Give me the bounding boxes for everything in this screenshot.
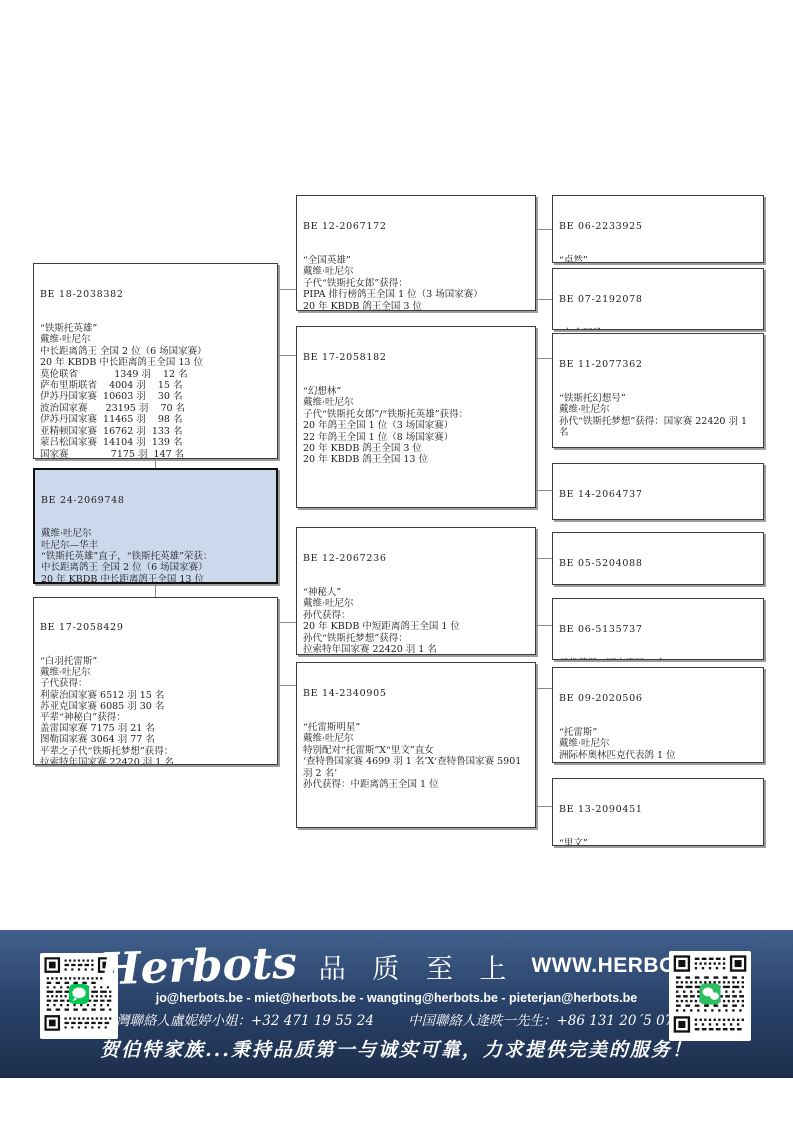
box-lines: 戴维·吐尼尔吐尼尔—华丰“铁斯托英雄”直子，“铁斯托英雄”荣获：中长距离鸽王 全… [41,528,270,584]
connector-line [536,625,552,626]
box-lines: “里文”戴维·吐尼尔查特鲁国家赛 5901 羽 2 名 [559,838,757,846]
box-line: 20 年 KBDB 鸽王全国 13 位 [303,454,529,465]
box-be12-2067236-grandsire: BE 12-2067236 “神秘人”戴维·吐尼尔孙代获得：20 年 KBDB … [296,527,536,655]
contact-taiwan: 台灣聯絡人盧妮婷小姐：+32 471 19 55 24 [103,1009,374,1029]
box-line: 萨布里斯联省 4004 羽 15 名 [40,380,271,391]
ring-number: BE 14-2064737 [559,489,757,500]
box-line: 子代“铁斯托女郎”获得： [303,278,529,289]
connector-line [536,358,552,359]
connector-line [155,459,156,468]
box-be06-5135737: BE 06-5135737 子代获得：国家赛区 2 名 [552,598,764,660]
box-lines: “卓然”戴维·吐尼尔子代“米拉”获得：国家赛 3936 羽 1 名 [559,255,757,263]
box-line: 伊苏丹国家赛 10603 羽 30 名 [40,391,271,402]
ring-number: BE 11-2077362 [559,359,757,370]
box-line: 戴维·吐尼尔 [303,598,529,609]
box-be06-2233925: BE 06-2233925 “卓然”戴维·吐尼尔子代“米拉”获得：国家赛 393… [552,195,764,263]
ring-number: BE 09-2020506 [559,693,757,704]
box-line: 莫伦联省 1349 羽 12 名 [40,369,271,380]
box-line: “托雷斯明星” [303,722,529,733]
box-line: 孙代“铁斯托梦想”获得： [303,633,529,644]
connector-line [278,355,296,356]
box-be24-2069748-subject: BE 24-2069748 戴维·吐尼尔吐尼尔—华丰“铁斯托英雄”直子，“铁斯托… [33,468,278,584]
box-line: “托雷斯” [559,727,757,738]
box-be13-2090451: BE 13-2090451 “里文”戴维·吐尼尔查特鲁国家赛 5901 羽 2 … [552,778,764,846]
box-line: PIPA 排行榜鸽王全国 1 位（3 场国家赛） [303,289,529,300]
box-line: 20 年 KBDB 中短距离鸽王全国 1 位 [303,621,529,632]
box-be12-2067172-grandsire: BE 12-2067172 “全国英雄”戴维·吐尼尔子代“铁斯托女郎”获得：PI… [296,195,536,311]
ring-number: BE 14-2340905 [303,688,529,699]
box-line: 戴维·吐尼尔 [303,266,529,277]
connector-line [155,584,156,597]
box-line: “灰全国雌” [559,328,757,330]
box-line: 20 年 KBDB 中长距离鸽王全国 13 位 [41,574,270,584]
box-line: 洲际杯奥林匹克代表鸽 1 位 [559,750,757,761]
ring-number: BE 17-2058182 [303,352,529,363]
box-line: 波治国家赛 23195 羽 70 名 [40,403,271,414]
box-line: 平辈“神秘白”获得： [40,712,271,723]
connector-line [278,289,296,290]
ring-number: BE 18-2038382 [40,289,271,300]
box-line: 苏亚克国家赛 6085 羽 30 名 [40,701,271,712]
ring-number: BE 13-2090451 [559,804,757,815]
ring-number: BE 17-2058429 [40,622,271,633]
box-line: “卓然” [559,255,757,263]
box-line: 孙代获得： [303,610,529,621]
box-line: “全国英雄” [303,255,529,266]
box-lines: “托雷斯明星”戴维·吐尼尔特别配对“托雷斯”X“里文”直女‘查特鲁国家赛 469… [303,722,529,790]
box-line: 吐尼尔—华丰 [41,540,270,551]
box-line: 20 年 KBDB 中长距离鸽王全国 13 位 [40,357,271,368]
ring-number: BE 06-2233925 [559,221,757,232]
footer-banner: Herbots 品 质 至 上 WWW.HERBOTS.BE jo@herbot… [0,930,793,1078]
ring-number: BE 06-5135737 [559,624,757,635]
box-line: ‘查特鲁国家赛 4699 羽 1 名’X‘查特鲁国家赛 5901 羽 2 名’ [303,756,529,779]
box-be09-2020506: BE 09-2020506 “托雷斯”戴维·吐尼尔洲际杯奥林匹克代表鸽 1 位 [552,667,764,763]
box-line: “白羽托雷斯” [40,656,271,667]
box-line: 戴维·吐尼尔 [41,528,270,539]
box-be05-5204088: BE 05-5204088 平辈获得：查特鲁半国家赛 1 名 [552,532,764,585]
box-be14-2340905-granddam: BE 14-2340905 “托雷斯明星”戴维·吐尼尔特别配对“托雷斯”X“里文… [296,662,536,828]
box-line: “里文” [559,838,757,846]
box-line: 平辈之子代“铁斯托梦想”获得： [40,746,271,757]
ring-number: BE 05-5204088 [559,558,757,569]
box-line: 图勒国家赛 3064 羽 77 名 [40,734,271,745]
box-line: 子代获得：国家赛区 2 名 [559,658,757,660]
box-line: 戴维·吐尼尔 [559,404,757,415]
connector-line [536,558,552,559]
contact-china: 中国聯絡人逄昳一先生：+86 131 20´5 0755 [408,1009,691,1029]
box-line: “铁斯托幻想号” [559,393,757,404]
box-lines: “白羽托雷斯”戴维·吐尼尔子代获得：利蒙治国家赛 6512 羽 15 名苏亚克国… [40,656,271,765]
connector-line [536,806,552,807]
connector-line [536,299,552,300]
box-line: 利蒙治国家赛 6512 羽 15 名 [40,690,271,701]
box-line: 20 年 KBDB 鸽王全国 3 位 [303,301,529,311]
box-be07-2192078: BE 07-2192078 “灰全国雌”戴维·吐尼尔子代“米拉”获得：国家赛 3… [552,268,764,330]
pedigree-page: { "boxes": { "be18_2038382": { "ring": "… [0,0,793,1122]
wechat-qr-code [669,951,751,1041]
box-line: 20 年 KBDB 鸽王全国 3 位 [303,443,529,454]
box-line: “铁斯托英雄”直子，“铁斯托英雄”荣获： [41,551,270,562]
box-line: “幻想林” [303,386,529,397]
box-line: 戴维·吐尼尔 [303,733,529,744]
box-line: 22 年鸽王全国 1 位（8 场国家赛） [303,432,529,443]
box-line: 戴维·吐尼尔 [303,397,529,408]
box-line: 子代“铁斯托女郎”/“铁斯托英雄”获得： [303,409,529,420]
box-line: 亚精顿国家赛 16762 羽 133 名 [40,426,271,437]
box-line: 孙代获得：中距离鸽王全国 1 位 [303,779,529,790]
box-lines: “铁斯托幻想号”戴维·吐尼尔孙代“铁斯托梦想”获得：国家赛 22420 羽 1 … [559,393,757,439]
box-line: 拉索特年国家赛 22420 羽 1 名 [303,644,529,655]
box-line: 伊苏丹国家赛 11465 羽 98 名 [40,414,271,425]
box-line: 孙代“铁斯托梦想”获得：国家赛 22420 羽 1 名 [559,416,757,439]
box-lines: “托雷斯”戴维·吐尼尔洲际杯奥林匹克代表鸽 1 位 [559,727,757,761]
connector-line [536,688,552,689]
box-line: 拉索特年国家赛 22420 羽 1 名 [40,757,271,765]
connector-line [536,229,552,230]
box-line: 戴维·吐尼尔 [559,738,757,749]
ring-number: BE 07-2192078 [559,294,757,305]
ring-number: BE 12-2067236 [303,553,529,564]
box-line: “神秘人” [303,587,529,598]
box-lines: “神秘人”戴维·吐尼尔孙代获得：20 年 KBDB 中短距离鸽王全国 1 位孙代… [303,587,529,655]
box-be14-2064737: BE 14-2064737 “林”史坦伯根·斯蒂凡15 年 KBDB 鸽王全省 … [552,463,764,520]
box-line: 中长距离鸽王 全国 2 位（6 场国家赛） [40,346,271,357]
brand-name: Herbots [98,937,298,995]
connector-line [278,622,296,623]
box-line: 子代获得： [40,678,271,689]
box-lines: “灰全国雌”戴维·吐尼尔子代“米拉”获得：国家赛 3936 羽 1 名 [559,328,757,330]
connector-line [278,685,296,686]
ring-number: BE 24-2069748 [41,495,270,506]
box-line: 戴维·吐尼尔 [40,334,271,345]
box-line: 国家赛 7175 羽 147 名 [40,449,271,460]
connector-line [536,490,552,491]
footer-tagline: 品 质 至 上 [319,947,516,986]
box-lines: 子代获得：国家赛区 2 名 [559,658,757,660]
box-lines: “幻想林”戴维·吐尼尔子代“铁斯托女郎”/“铁斯托英雄”获得：20 年鸽王全国 … [303,386,529,466]
box-lines: “铁斯托英雄”戴维·吐尼尔中长距离鸽王 全国 2 位（6 场国家赛）20 年 K… [40,323,271,459]
box-line: 特别配对“托雷斯”X“里文”直女 [303,745,529,756]
box-line: 20 年鸽王全国 1 位（3 场国家赛） [303,420,529,431]
box-be11-2077362: BE 11-2077362 “铁斯托幻想号”戴维·吐尼尔孙代“铁斯托梦想”获得：… [552,333,764,448]
box-line: 蒙吕松国家赛 14104 羽 139 名 [40,437,271,448]
box-line: 中长距离鸽王 全国 2 位（6 场国家赛） [41,562,270,573]
box-line: 戴维·吐尼尔 [40,667,271,678]
box-be18-2038382-sire: BE 18-2038382 “铁斯托英雄”戴维·吐尼尔中长距离鸽王 全国 2 位… [33,263,278,459]
box-line: “铁斯托英雄” [40,323,271,334]
box-line: 盖雷国家赛 7175 羽 21 名 [40,723,271,734]
box-be17-2058182-granddam: BE 17-2058182 “幻想林”戴维·吐尼尔子代“铁斯托女郎”/“铁斯托英… [296,326,536,508]
box-be17-2058429-dam: BE 17-2058429 “白羽托雷斯”戴维·吐尼尔子代获得：利蒙治国家赛 6… [33,597,278,765]
box-lines: “全国英雄”戴维·吐尼尔子代“铁斯托女郎”获得：PIPA 排行榜鸽王全国 1 位… [303,255,529,311]
ring-number: BE 12-2067172 [303,221,529,232]
